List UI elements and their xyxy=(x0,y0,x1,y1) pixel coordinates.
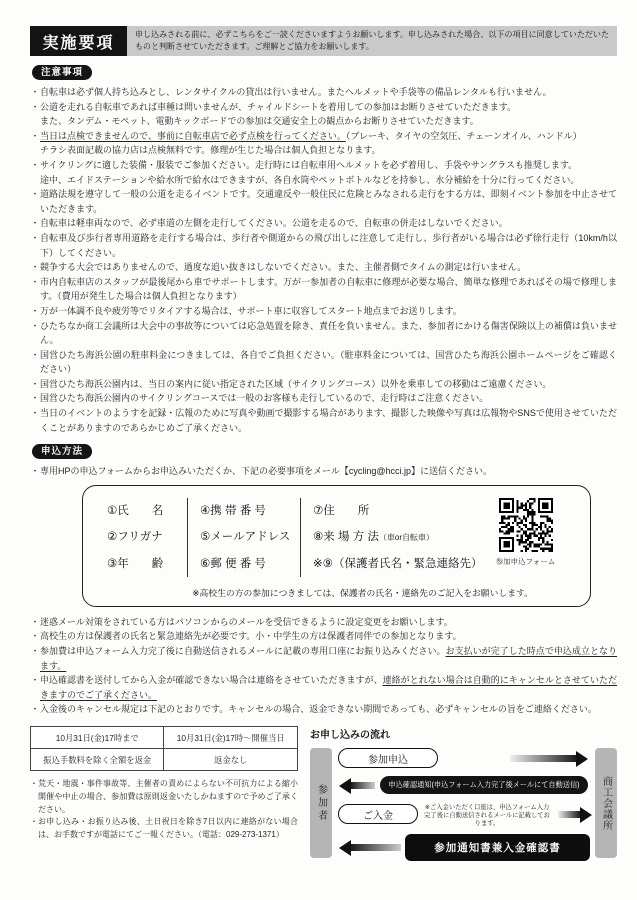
qr-caption: 参加申込フォーム xyxy=(496,556,556,567)
note-text: 国営ひたち海浜公園内のサイクリングコースでは一般のお客様も走行しているので、走行… xyxy=(40,391,617,406)
cancel-note-text: 荒天・地震・事件事故等、主催者の責めによらない不可抗力による縮小開催や中止の場合… xyxy=(38,778,298,816)
note-text: 道路法規を遵守して一般の公道を走るイベントです。交通違反や一般住民に危険とみなさ… xyxy=(40,187,617,216)
application-form-box: ①氏 名 ②フリガナ ③年 齢 ④携 帯 番 号 ⑤メールアドレス ⑥郵 便 番… xyxy=(82,485,591,607)
note-text: 国営ひたち海浜公園の駐車料金につきましては、各自でご負担ください。（駐車料金につ… xyxy=(40,348,617,377)
bullet-marker: ・ xyxy=(30,275,40,304)
bullet-marker: ・ xyxy=(30,216,40,231)
note-item: ・自転車は軽車両なので、必ず車道の左側を走行してください。公道を走るので、自転車… xyxy=(30,216,617,231)
bullet-marker: ・ xyxy=(30,644,40,673)
note-item: ・公道を走れる自転車であれば車種は問いませんが、チャイルドシートを着用しての参加… xyxy=(30,100,617,129)
flow-step-notification: 参加通知書兼入金確認書 xyxy=(405,834,590,861)
cancel-refund-2: 返金なし xyxy=(164,749,298,771)
form-field-address: ⑦住 所 xyxy=(313,498,471,524)
cancel-note-item: ・お申し込み・お振り込み後、土日祝日を除き7日以内に連絡がない場合は、お手数です… xyxy=(30,816,298,842)
bullet-marker: ・ xyxy=(30,158,40,187)
note-item: ・ひたちなか商工会議所は大会中の事故等については応急処置を除き、責任を負いません… xyxy=(30,319,617,348)
notes-list: ・自転車は必ず個人持ち込みとし、レンタサイクルの貸出は行いません。またヘルメット… xyxy=(30,85,617,435)
note-text: ひたちなか商工会議所は大会中の事故等については応急処置を除き、責任を負いません。… xyxy=(40,319,617,348)
flow-step-confirmation: 申込確認通知(申込フォーム入力完了後メールにて自動送信) xyxy=(380,776,588,794)
header: 実施要項 申し込みされる前に、必ずこちらをご一読くださいますようお願いします。申… xyxy=(30,26,617,56)
note-item: ・国営ひたち海浜公園の駐車料金につきましては、各自でご負担ください。（駐車料金に… xyxy=(30,348,617,377)
arrow-right-icon xyxy=(510,755,576,762)
bullet-marker: ・ xyxy=(30,129,40,158)
flow-step-payment: ご入金 xyxy=(338,804,418,824)
cancel-period-1: 10月31日(金)17時まで xyxy=(31,727,164,749)
form-field-arrival-method: ⑧来 場 方 法（車or自転車） xyxy=(313,524,471,551)
arrow-left-icon xyxy=(351,782,375,789)
apply-item: ・高校生の方は保護者の氏名と緊急連絡先が必要です。小・中学生の方は保護者同伴での… xyxy=(30,629,617,644)
bullet-marker: ・ xyxy=(30,615,40,630)
apply-item: ・迷惑メール対策をされている方はパソコンからのメールを受信できるように設定変更を… xyxy=(30,615,617,630)
table-row: 10月31日(金)17時まで 10月31日(金)17時～開催当日 xyxy=(31,727,298,749)
apply-intro-text: 専用HPの申込フォームからお申込みいただくか、下記の必要事項をメール【cycli… xyxy=(40,464,617,479)
flow-diagram: 参加者 商工会議所 参加申込 申込確認通知(申込フォーム入力完了後メールにて自動… xyxy=(310,746,617,868)
page-title: 実施要項 xyxy=(30,26,127,56)
form-highschool-note: ※高校生の方の参加につきましては、保護者の氏名・連絡先のご記入をお願いします。 xyxy=(99,586,580,599)
form-field-age: ③年 齢 xyxy=(107,551,185,577)
bullet-marker: ・ xyxy=(30,377,40,392)
bullet-marker: ・ xyxy=(30,391,40,406)
form-field-phone: ④携 帯 番 号 xyxy=(200,498,298,524)
bullet-marker: ・ xyxy=(30,464,40,479)
apply-text: 申込確認書を送付してから入金が確認できない場合は連絡をさせていただきますが、連絡… xyxy=(40,673,617,702)
bullet-marker: ・ xyxy=(30,304,40,319)
bullet-marker: ・ xyxy=(30,406,40,435)
qr-code xyxy=(499,498,553,552)
bottom-section: 10月31日(金)17時まで 10月31日(金)17時～開催当日 振込手数料を除… xyxy=(30,726,617,868)
note-text: 自転車は軽車両なので、必ず車道の左側を走行してください。公道を走るので、自転車の… xyxy=(40,216,617,231)
bullet-marker: ・ xyxy=(30,778,38,816)
note-text: 万が一体調不良や疲労等でリタイアする場合は、サポート車に収容してスタート地点まで… xyxy=(40,304,617,319)
bullet-marker: ・ xyxy=(30,260,40,275)
note-text: 市内自転車店のスタッフが最後尾から車でサポートします。万が一参加者の自転車に修理… xyxy=(40,275,617,304)
flow-block: お申し込みの流れ 参加者 商工会議所 参加申込 申込確認通知(申込フォーム入力完… xyxy=(310,726,617,868)
note-text: 当日は点検できませんので、事前に自転車店で必ず点検を行ってください。（ブレーキ、… xyxy=(40,129,617,158)
apply-section-badge: 申込方法 xyxy=(32,444,92,459)
bullet-marker: ・ xyxy=(30,319,40,348)
apply-intro-item: ・専用HPの申込フォームからお申込みいただくか、下記の必要事項をメール【cycl… xyxy=(30,464,617,479)
flow-participant-bar: 参加者 xyxy=(310,748,332,858)
cancel-notes: ・荒天・地震・事件事故等、主催者の責めによらない不可抗力による縮小開催や中止の場… xyxy=(30,778,298,842)
apply-text: 迷惑メール対策をされている方はパソコンからのメールを受信できるように設定変更をお… xyxy=(40,615,617,630)
apply-text: 参加費は申込フォーム入力完了後に自動送信されるメールに記載の専用口座にお振り込み… xyxy=(40,644,617,673)
qr-block: 参加申込フォーム xyxy=(471,496,580,579)
apply-item: ・入金後のキャンセル規定は下記のとおりです。キャンセルの場合、返金できない期間で… xyxy=(30,702,617,717)
bullet-marker: ・ xyxy=(30,348,40,377)
form-column-3: ⑦住 所 ⑧来 場 方 法（車or自転車） ※⑨（保護者氏名・緊急連絡先） xyxy=(303,496,471,579)
cancel-note-text: お申し込み・お振り込み後、土日祝日を除き7日以内に連絡がない場合は、お手数ですが… xyxy=(38,816,298,842)
note-item: ・サイクリングに適した装備・服装でご参加ください。走行時には自転車用ヘルメットを… xyxy=(30,158,617,187)
form-column-2: ④携 帯 番 号 ⑤メールアドレス ⑥郵 便 番 号 xyxy=(190,496,298,579)
form-field-name: ①氏 名 xyxy=(107,498,185,524)
flow-title: お申し込みの流れ xyxy=(310,726,617,741)
form-field-guardian: ※⑨（保護者氏名・緊急連絡先） xyxy=(313,551,471,577)
apply-text: 高校生の方は保護者の氏名と緊急連絡先が必要です。小・中学生の方は保護者同伴での参… xyxy=(40,629,617,644)
table-row: 振込手数料を除く全額を返金 返金なし xyxy=(31,749,298,771)
apply-text: 入金後のキャンセル規定は下記のとおりです。キャンセルの場合、返金できない期間であ… xyxy=(40,702,617,717)
form-field-arrival-method-options: （車or自転車） xyxy=(379,533,434,542)
bullet-marker: ・ xyxy=(30,231,40,260)
cancel-note-item: ・荒天・地震・事件事故等、主催者の責めによらない不可抗力による縮小開催や中止の場… xyxy=(30,778,298,816)
application-form-grid: ①氏 名 ②フリガナ ③年 齢 ④携 帯 番 号 ⑤メールアドレス ⑥郵 便 番… xyxy=(99,496,580,579)
flow-chamber-bar: 商工会議所 xyxy=(595,748,617,858)
cancel-period-2: 10月31日(金)17時～開催当日 xyxy=(164,727,298,749)
bullet-marker: ・ xyxy=(30,816,38,842)
note-text: サイクリングに適した装備・服装でご参加ください。走行時には自転車用ヘルメットを必… xyxy=(40,158,617,187)
note-text: 自転車及び歩行者専用道路を走行する場合は、歩行者や側道からの飛び出しに注意して走… xyxy=(40,231,617,260)
form-field-email: ⑤メールアドレス xyxy=(200,524,298,550)
bullet-marker: ・ xyxy=(30,85,40,100)
form-divider xyxy=(187,498,188,577)
note-text: 競争する大会ではありませんので、過度な追い抜きはしないでください。また、主催者側… xyxy=(40,260,617,275)
cancel-refund-1: 振込手数料を除く全額を返金 xyxy=(31,749,164,771)
form-divider xyxy=(300,498,301,577)
note-item: ・自転車及び歩行者専用道路を走行する場合は、歩行者や側道からの飛び出しに注意して… xyxy=(30,231,617,260)
note-text: 公道を走れる自転車であれば車種は問いませんが、チャイルドシートを着用しての参加は… xyxy=(40,100,617,129)
apply-intro-list: ・専用HPの申込フォームからお申込みいただくか、下記の必要事項をメール【cycl… xyxy=(30,464,617,479)
bullet-marker: ・ xyxy=(30,187,40,216)
flow-payment-note: ※ご入金いただく口座は、申込フォーム入力完了後に自動送信されるメールに記載してお… xyxy=(422,804,552,828)
note-item: ・国営ひたち海浜公園内は、当日の案内に従い指定された区域（サイクリングコース）以… xyxy=(30,377,617,392)
note-item: ・万が一体調不良や疲労等でリタイアする場合は、サポート車に収容してスタート地点ま… xyxy=(30,304,617,319)
arrow-right-icon xyxy=(558,811,580,818)
flow-step-apply: 参加申込 xyxy=(338,748,438,768)
note-item: ・国営ひたち海浜公園内のサイクリングコースでは一般のお客様も走行しているので、走… xyxy=(30,391,617,406)
cancel-policy-table: 10月31日(金)17時まで 10月31日(金)17時～開催当日 振込手数料を除… xyxy=(30,726,298,771)
note-text: 自転車は必ず個人持ち込みとし、レンタサイクルの貸出は行いません。またヘルメットや… xyxy=(40,85,617,100)
note-text-underlined: 当日は点検できませんので、事前に自転車店で必ず点検を行ってください。 xyxy=(40,131,346,141)
apply-item: ・参加費は申込フォーム入力完了後に自動送信されるメールに記載の専用口座にお振り込… xyxy=(30,644,617,673)
note-text: 当日のイベントのようすを記録・広報のために写真や動画で撮影する場合があります、撮… xyxy=(40,406,617,435)
note-item: ・市内自転車店のスタッフが最後尾から車でサポートします。万が一参加者の自転車に修… xyxy=(30,275,617,304)
bullet-marker: ・ xyxy=(30,629,40,644)
note-item: ・競争する大会ではありませんので、過度な追い抜きはしないでください。また、主催者… xyxy=(30,260,617,275)
form-field-postal: ⑥郵 便 番 号 xyxy=(200,551,298,577)
form-field-furigana: ②フリガナ xyxy=(107,524,185,550)
bullet-marker: ・ xyxy=(30,100,40,129)
note-item: ・当日のイベントのようすを記録・広報のために写真や動画で撮影する場合があります、… xyxy=(30,406,617,435)
note-item: ・自転車は必ず個人持ち込みとし、レンタサイクルの貸出は行いません。またヘルメット… xyxy=(30,85,617,100)
bullet-marker: ・ xyxy=(30,673,40,702)
header-intro-text: 申し込みされる前に、必ずこちらをご一読くださいますようお願いします。申し込みされ… xyxy=(127,26,617,56)
bullet-marker: ・ xyxy=(30,702,40,717)
arrow-left-icon xyxy=(351,844,401,851)
apply-item: ・申込確認書を送付してから入金が確認できない場合は連絡をさせていただきますが、連… xyxy=(30,673,617,702)
note-item: ・当日は点検できませんので、事前に自転車店で必ず点検を行ってください。（ブレーキ… xyxy=(30,129,617,158)
notes-section-badge: 注意事項 xyxy=(32,65,92,80)
note-item: ・道路法規を遵守して一般の公道を走るイベントです。交通違反や一般住民に危険とみな… xyxy=(30,187,617,216)
document-page: 実施要項 申し込みされる前に、必ずこちらをご一読くださいますようお願いします。申… xyxy=(0,0,637,900)
form-column-1: ①氏 名 ②フリガナ ③年 齢 xyxy=(99,496,185,579)
note-text: 国営ひたち海浜公園内は、当日の案内に従い指定された区域（サイクリングコース）以外… xyxy=(40,377,617,392)
apply-list: ・迷惑メール対策をされている方はパソコンからのメールを受信できるように設定変更を… xyxy=(30,615,617,717)
cancel-policy-block: 10月31日(金)17時まで 10月31日(金)17時～開催当日 振込手数料を除… xyxy=(30,726,298,868)
